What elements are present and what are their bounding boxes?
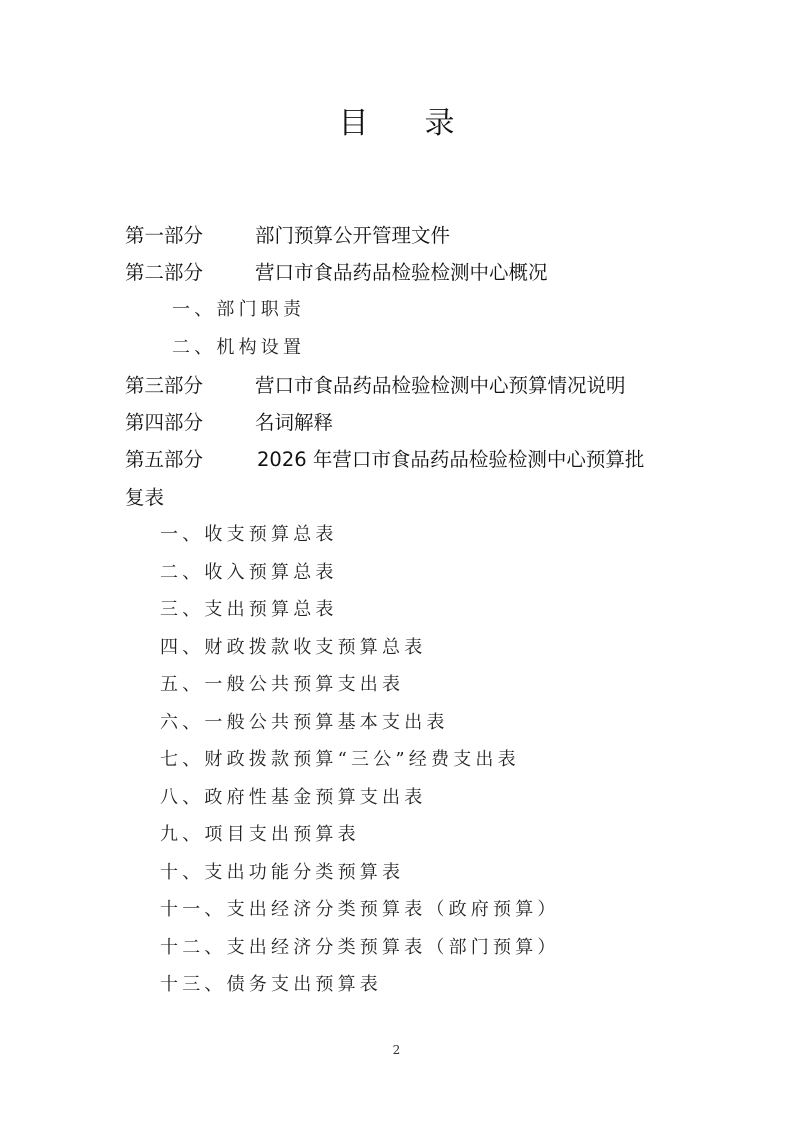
- toc-subitem: 六、一般公共预算基本支出表: [160, 708, 449, 734]
- title-char-1: 目: [339, 98, 369, 142]
- toc-subitem: 九、项目支出预算表: [160, 820, 360, 846]
- part-label: 第五部分: [125, 444, 255, 472]
- toc-part-5: 第五部分2026 年营口市食品药品检验检测中心预算批: [125, 444, 644, 472]
- toc-subitem: 八、政府性基金预算支出表: [160, 783, 426, 809]
- toc-subitem: 二、机构设置: [172, 333, 305, 359]
- toc-subitem: 七、财政拨款预算“三公”经费支出表: [160, 745, 520, 771]
- toc-part-1: 第一部分部门预算公开管理文件: [125, 220, 450, 248]
- part-title: 名词解释: [255, 407, 333, 435]
- toc-subitem: 二、收入预算总表: [160, 558, 338, 584]
- toc-subitem: 十二、支出经济分类预算表（部门预算）: [160, 933, 560, 959]
- toc-part-4: 第四部分名词解释: [125, 407, 333, 435]
- part-title: 营口市食品药品检验检测中心预算情况说明: [255, 370, 626, 398]
- toc-subitem: 十一、支出经济分类预算表（政府预算）: [160, 895, 560, 921]
- part-label: 第四部分: [125, 407, 255, 435]
- toc-subitem: 一、部门职责: [172, 295, 305, 321]
- toc-subitem: 一、收支预算总表: [160, 520, 338, 546]
- toc-subitem: 五、一般公共预算支出表: [160, 670, 404, 696]
- part-title: 营口市食品药品检验检测中心概况: [255, 257, 548, 285]
- part-title: 2026 年营口市食品药品检验检测中心预算批: [257, 444, 644, 472]
- toc-part-3: 第三部分营口市食品药品检验检测中心预算情况说明: [125, 370, 626, 398]
- part-label: 第三部分: [125, 370, 255, 398]
- part-title-continuation: 复表: [125, 482, 164, 510]
- toc-subitem: 四、财政拨款收支预算总表: [160, 633, 426, 659]
- toc-subitem: 十三、债务支出预算表: [160, 970, 382, 996]
- toc-subitem: 三、支出预算总表: [160, 595, 338, 621]
- part-label: 第一部分: [125, 220, 255, 248]
- part-label: 第二部分: [125, 257, 255, 285]
- page-number: 2: [0, 1043, 793, 1057]
- part-title: 部门预算公开管理文件: [255, 220, 450, 248]
- toc-subitem: 十、支出功能分类预算表: [160, 858, 404, 884]
- page-title: 目录: [0, 98, 793, 142]
- toc-part-2: 第二部分营口市食品药品检验检测中心概况: [125, 257, 548, 285]
- title-char-2: 录: [425, 98, 455, 142]
